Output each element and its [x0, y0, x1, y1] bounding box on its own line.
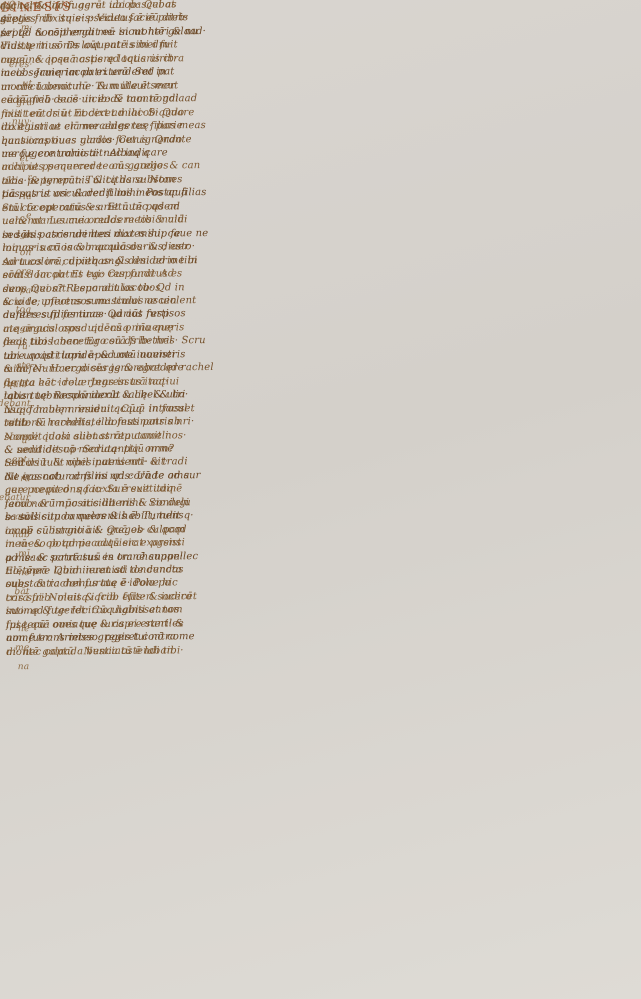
- manuscript-line: meā· & ob qd peccatū sic exarsisti: [5, 536, 215, 551]
- manuscript-line: ita egisti ut clā me abigeres filias mea…: [1, 119, 211, 134]
- text-column-right: dic tertio qd fugeret iacob· Qui assūpti…: [0, 0, 216, 659]
- manuscript-line: caue ne qcquā aspere loquaris ctra: [1, 52, 211, 67]
- manuscript-line: Ne irascatur dns mi qd corā te ad sur: [5, 469, 215, 484]
- manuscript-line: septē· & cōphendit eū in montē galaad·: [0, 25, 210, 40]
- manuscript-line: & aufer· Haec dicēs ignorabat qd rachel: [3, 361, 213, 376]
- edge-fragment: na: [0, 658, 29, 677]
- manuscript-line: quasi captiuas gladio· Cur ignorante: [1, 133, 211, 148]
- manuscript-line: p me· & scrutatus es omnē suppellec: [5, 550, 215, 565]
- photograph-backdrop: – 4 / lam·aneres·utgranuy·uiet·rlaegaono…: [0, 0, 641, 999]
- manuscript-line: scio te; pfectus sum· timui ne uiolent: [3, 294, 213, 309]
- manuscript-line: passus ut oscularer filios meos ac filia…: [2, 186, 212, 201]
- manuscript-line: usq· famulę n inuenit· Cūq· intrasset: [4, 402, 214, 417]
- manuscript-line: erat dom patris tui· Cur furatus es: [3, 267, 213, 282]
- manuscript-line: non fuer· Arietes gregis tui nō come: [6, 630, 216, 645]
- manuscript-line: di· nec captū a bestia ostendi tibi·: [6, 644, 216, 659]
- manuscript-line: corā frib· meis & frib· tuis· & iudicēt: [6, 590, 216, 605]
